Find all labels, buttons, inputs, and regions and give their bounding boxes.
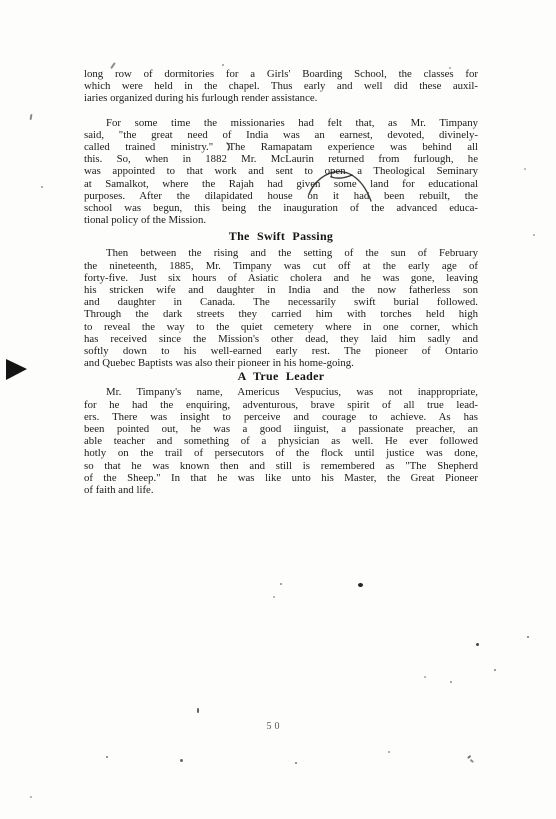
margin-arrow-mark bbox=[6, 359, 27, 380]
scan-speck bbox=[533, 234, 535, 236]
section-heading: A True Leader bbox=[84, 370, 478, 382]
scan-speck bbox=[295, 762, 297, 764]
scan-speck bbox=[222, 64, 224, 66]
text-line: was appointed to that work and sent to o… bbox=[84, 165, 478, 177]
text-line: the nineteenth, 1885, Mr. Timpany was cu… bbox=[84, 260, 478, 272]
scan-speck bbox=[280, 583, 282, 585]
paragraph: Then between the rising and the setting … bbox=[84, 247, 478, 369]
text-line: for he had the enquiring, adventurous, b… bbox=[84, 399, 478, 411]
scan-speck bbox=[273, 596, 275, 598]
scan-speck bbox=[41, 186, 43, 188]
scan-speck bbox=[358, 583, 363, 587]
text-line: called trained ministry." The Ramapatam … bbox=[84, 141, 478, 153]
text-line: Mr. Timpany's name, Americus Vespucius, … bbox=[84, 386, 478, 398]
scan-speck bbox=[449, 67, 451, 69]
scan-speck bbox=[388, 751, 390, 753]
text-line: school was begun, this being the inaugur… bbox=[84, 202, 478, 214]
section-heading: The Swift Passing bbox=[84, 230, 478, 242]
scan-speck bbox=[424, 676, 426, 678]
text-line: which were held in the chapel. Thus earl… bbox=[84, 80, 478, 92]
text-line: Through the dark streets they carried hi… bbox=[84, 308, 478, 320]
text-line: ers. There was insight to perceive and c… bbox=[84, 411, 478, 423]
text-line: hotly on the trail of persecutors of the… bbox=[84, 447, 478, 459]
scan-speck bbox=[524, 168, 526, 170]
text-line: iaries organized during his furlough ren… bbox=[84, 92, 478, 104]
text-line: so that he was known then and still is r… bbox=[84, 460, 478, 472]
scan-speck bbox=[180, 759, 183, 762]
text-line: long row of dormitories for a Girls' Boa… bbox=[84, 68, 478, 80]
scan-speck bbox=[527, 636, 529, 638]
text-line: of the Sheep." In that he was like unto … bbox=[84, 472, 478, 484]
scan-speck bbox=[450, 681, 452, 683]
scan-speck bbox=[29, 114, 32, 120]
scan-speck bbox=[494, 669, 496, 671]
text-line: Then between the rising and the setting … bbox=[84, 247, 478, 259]
text-line: For some time the missionaries had felt … bbox=[84, 117, 478, 129]
text-line: purposes. After the dilapidated house on… bbox=[84, 190, 478, 202]
text-line: of faith and life. bbox=[84, 484, 478, 496]
paragraph: long row of dormitories for a Girls' Boa… bbox=[84, 68, 478, 105]
text-line: and daughter in Canada. The necessarily … bbox=[84, 296, 478, 308]
text-line: this. So, when in 1882 Mr. McLaurin retu… bbox=[84, 153, 478, 165]
text-line: softly down to his well-earned early res… bbox=[84, 345, 478, 357]
text-line: said, "the great need of India was an ea… bbox=[84, 129, 478, 141]
page-text: long row of dormitories for a Girls' Boa… bbox=[84, 68, 478, 496]
text-line: to reveal the way to the quiet cemetery … bbox=[84, 321, 478, 333]
text-line: tional policy of the Mission. bbox=[84, 214, 478, 226]
text-line: at Samalkot, where the Rajah had given s… bbox=[84, 178, 478, 190]
text-line: and Quebec Baptists was also their pione… bbox=[84, 357, 478, 369]
page-number: 50 bbox=[0, 721, 549, 732]
paragraph: Mr. Timpany's name, Americus Vespucius, … bbox=[84, 386, 478, 496]
text-line: forty-five. Just six hours of Asiatic ch… bbox=[84, 272, 478, 284]
text-line: has received since the Mission's other d… bbox=[84, 333, 478, 345]
text-line: able teacher and something of a physicia… bbox=[84, 435, 478, 447]
text-line: his stricken wife and daughter in India … bbox=[84, 284, 478, 296]
scan-speck bbox=[197, 708, 199, 713]
text-line: been pointed out, he was a good iinguist… bbox=[84, 423, 478, 435]
scanned-page: long row of dormitories for a Girls' Boa… bbox=[0, 0, 556, 819]
scan-speck bbox=[106, 756, 108, 758]
scan-speck bbox=[476, 643, 479, 646]
scan-speck bbox=[470, 759, 474, 763]
paragraph: For some time the missionaries had felt … bbox=[84, 117, 478, 227]
scan-speck bbox=[30, 796, 32, 798]
